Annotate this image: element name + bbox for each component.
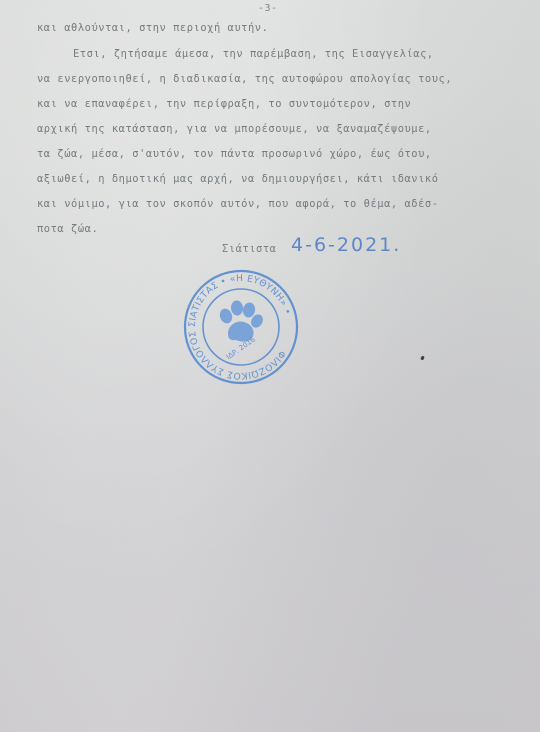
paw-print-icon [218,300,265,342]
text-line: τα ζώα, μέσα, σ'αυτόν, τον πάντα προσωρι… [37,148,432,160]
page-number: -3- [258,3,278,14]
handwritten-date: 4-6-2021. [291,234,401,256]
text-line: ποτα ζώα. [37,223,98,235]
association-stamp: ΦΙΛΟΖΩΙΚΟΣ ΣΥΛΛΟΓΟΣ ΣΙΑΤΙΣΤΑΣ • «Η ΕΥΘΥΝ… [182,268,300,386]
text-line: Ετσι, ζητήσαμε άμεσα, την παρέμβαση, της… [73,48,434,60]
text-line: να ενεργοποιηθεί, η διαδικασία, της αυτο… [37,73,452,85]
text-line: αρχική της κατάσταση, για να μπορέσουμε,… [37,123,432,135]
stamp-graphic: ΦΙΛΟΖΩΙΚΟΣ ΣΥΛΛΟΓΟΣ ΣΙΑΤΙΣΤΑΣ • «Η ΕΥΘΥΝ… [182,268,300,386]
text-line: και νόμιμο, για τον σκοπόν αυτόν, που αφ… [37,198,439,210]
signature-place: Σιάτιστα [222,243,276,255]
text-line: αξιωθεί, η δημοτική μας αρχή, να δημιουρ… [37,173,439,185]
text-line: και να επαναφέρει, την περίφραξη, το συν… [37,98,411,110]
text-line: και αθλούνται, στην περιοχή αυτήν. [37,22,268,34]
